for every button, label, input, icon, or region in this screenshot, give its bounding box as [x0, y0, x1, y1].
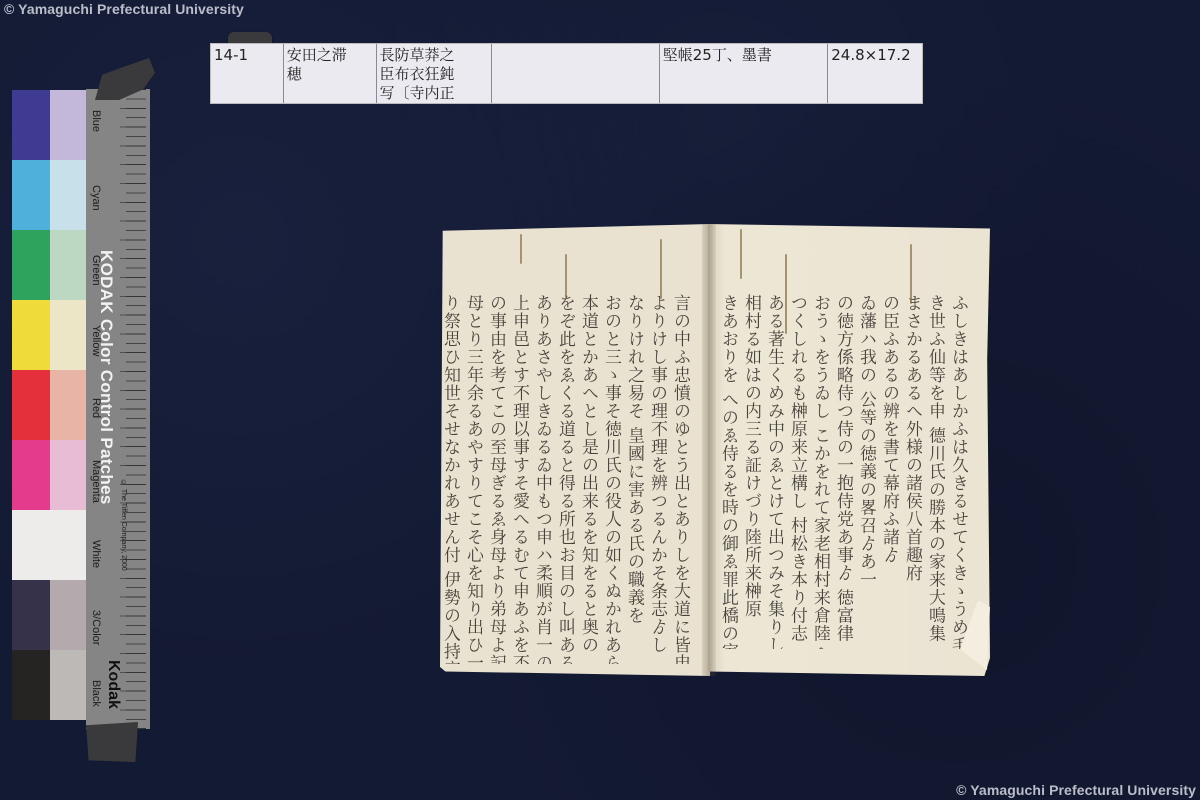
manuscript-column: 相村る如はの内三る証けづり陸所来榊原 [741, 294, 761, 649]
patch-label-black: Black [90, 680, 102, 707]
manuscript-column: つくしれるも榊原来立構し 村松き本り付志 [787, 294, 807, 649]
wormhole-damage [565, 254, 567, 299]
color-patch-white [12, 510, 88, 580]
manuscript-column: まさかるあるへ外様の諸侯八首趣府 [902, 294, 922, 649]
copyright-watermark-bottom: © Yamaguchi Prefectural University [956, 782, 1196, 798]
manuscript-column: 上申邑とす不理以事すそ愛へるむて申あふを不理 [509, 294, 529, 664]
patch-swatch [12, 160, 50, 230]
color-patch-black [12, 650, 88, 720]
manuscript-left-page: 言の中ふ忠憤のゆとう出とありしを大道に皆申起よりけし事の理不理を辨つるんかそ条志… [440, 224, 710, 676]
manuscript-column: おのと三ゝ事そ徳川氏の役人の如くぬかれあらを [601, 294, 621, 664]
kodak-color-chart [12, 90, 88, 720]
color-patch-3color [12, 580, 88, 650]
wormhole-damage [740, 229, 742, 279]
manuscript-column: をぞ此をゑくる道ると得る所也お目のし叫ある [555, 294, 575, 664]
manuscript-column: 母とり三年余るあやすりてこそ心を知り出ひ一重の [463, 294, 483, 664]
patch-label-white: White [90, 540, 102, 568]
manuscript-column: の事由を考てこの至母ぎるゑ身母より弟母よ記翻 [486, 294, 506, 664]
color-patch-red [12, 370, 88, 440]
manuscript-column: きあおりを へのゑ侍るを時の御ゑ罪此橋の家 [718, 294, 738, 649]
manuscript-column: ありあさやしきゐるゐ中もつ申ハ柔順が肖一の液 [532, 294, 552, 664]
kodak-logo: Kodak [104, 660, 122, 709]
copyright-watermark-top: © Yamaguchi Prefectural University [4, 1, 244, 17]
patch-label-cyan: Cyan [90, 185, 102, 211]
patch-label-yellow: Yellow [90, 325, 102, 356]
manuscript-column: き世ふ仙等を申 德川氏の勝本の家来大鳴集 [925, 294, 945, 649]
patch-swatch [50, 370, 88, 440]
manuscript-column: の徳方係略侍つ侍の一抱侍党あ事ゟ 徳富律 [833, 294, 853, 649]
manuscript-right-page: ふしきはあしかふは久きるせてくきゝうめ毛口世き世ふ仙等を申 德川氏の勝本の家来大… [708, 224, 990, 676]
ruler-major-ticks [120, 89, 146, 729]
manuscript-column: ある著生くめみ中のゑとけて出つみそ集りし [764, 294, 784, 649]
patch-swatch [50, 160, 88, 230]
book-gutter [702, 224, 716, 676]
tape-strip [86, 722, 138, 762]
manuscript-column: なりけれ之易そ 皇國に害ある氏の職義を [624, 294, 644, 664]
manuscript-column: ふしきはあしかふは久きるせてくきゝうめ毛口世 [948, 294, 968, 649]
patch-label-blue: Blue [90, 110, 102, 132]
color-patch-green [12, 230, 88, 300]
patch-swatch [12, 230, 50, 300]
manuscript-column: り祭思ひ知世そせなかれあせん付 伊勢の入持彦 [440, 294, 460, 664]
manuscript-book: 言の中ふ忠憤のゆとう出とありしを大道に皆申起よりけし事の理不理を辨つるんかそ条志… [440, 224, 990, 676]
catalog-id: 14-1 [211, 44, 284, 103]
author-cell: 安田之滞 穂 [284, 44, 377, 103]
patch-label-red: Red [90, 398, 102, 418]
patch-swatch [50, 580, 88, 650]
format-cell: 堅帳25丁、墨書 [660, 44, 829, 103]
patch-swatch [12, 90, 50, 160]
color-patch-magenta [12, 440, 88, 510]
wormhole-damage [910, 244, 912, 304]
dimensions-cell: 24.8×17.2 [828, 44, 922, 103]
catalog-label: 14-1 安田之滞 穂 長防草莽之 臣布衣狂鈍 写〔寺内正 堅帳25丁、墨書 2… [210, 43, 923, 104]
manuscript-column: 本道とかあへとし是の出来るを知をると奥の [578, 294, 598, 664]
tiffen-copyright: © The Tiffen Company, 2000 [120, 480, 127, 571]
manuscript-column: の臣ふあるの辨を書て幕府ふ諸ゟ [879, 294, 899, 649]
manuscript-column: ゐ藩ハ我の 公等の徳義の畧召ゟあ一 [856, 294, 876, 649]
color-patch-blue [12, 90, 88, 160]
manuscript-column: よりけし事の理不理を辨つるんかそ条志ゟし [647, 294, 667, 664]
patch-swatch [50, 90, 88, 160]
patch-swatch [12, 370, 50, 440]
wormhole-damage [520, 234, 522, 264]
color-patch-yellow [12, 300, 88, 370]
patch-label-magenta: Magenta [90, 460, 102, 503]
right-page-text: ふしきはあしかふは久きるせてくきゝうめ毛口世き世ふ仙等を申 德川氏の勝本の家来大… [718, 294, 968, 649]
blank-cell [492, 44, 660, 103]
patch-swatch [50, 230, 88, 300]
left-page-text: 言の中ふ忠憤のゆとう出とありしを大道に皆申起よりけし事の理不理を辨つるんかそ条志… [440, 294, 690, 664]
patch-swatch [50, 440, 88, 510]
color-patch-cyan [12, 160, 88, 230]
patch-swatch [12, 300, 50, 370]
patch-swatch [12, 440, 50, 510]
wormhole-damage [660, 239, 662, 299]
manuscript-column: おうゝをうゐし こかをれて家老相村来倉陸へ [810, 294, 830, 649]
patch-label-green: Green [90, 255, 102, 286]
patch-swatch [50, 300, 88, 370]
patch-swatch [50, 650, 88, 720]
patch-swatch [12, 580, 50, 650]
wormhole-damage [785, 254, 787, 334]
patch-label-3color: 3/Color [90, 610, 102, 645]
patch-swatch [12, 650, 50, 720]
patch-swatch [12, 510, 88, 580]
title-cell: 長防草莽之 臣布衣狂鈍 写〔寺内正 [377, 44, 493, 103]
manuscript-column: 言の中ふ忠憤のゆとう出とありしを大道に皆申起 [670, 294, 690, 664]
